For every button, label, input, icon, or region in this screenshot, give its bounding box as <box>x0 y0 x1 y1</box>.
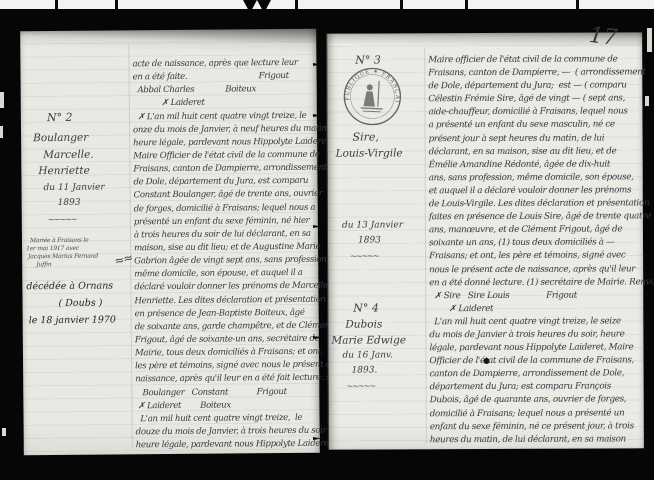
manuscript-line: ✗ Laideret <box>429 302 641 316</box>
manuscript-line: heure légale, pardevant nous Hippolyte L… <box>136 438 322 453</box>
margin-given-name: Marcelle. <box>43 149 94 161</box>
manuscript-line: naissance, après qu'il leur en a été fai… <box>135 372 321 387</box>
death-annotation: le 18 janvier 1970 <box>29 314 116 326</box>
manuscript-line: ans, manœuvre, et de Clément Frigout, âg… <box>429 224 641 238</box>
marianne-figure-icon <box>361 80 384 112</box>
ink-blot <box>484 358 490 364</box>
film-tick <box>400 0 403 9</box>
margin-act-date: 1893. <box>352 365 378 375</box>
manuscript-line: Henriette. Les dites déclaration et prés… <box>134 293 320 308</box>
act-number: N° 2 <box>47 111 73 124</box>
manuscript-line: déclaré vouloir donner les prénoms de Ma… <box>134 280 320 295</box>
film-tick <box>295 0 298 9</box>
film-strip <box>0 0 654 9</box>
page-number: 17 <box>588 23 619 51</box>
manuscript-line: Fraisans, canton de Dampierre, — ( arron… <box>428 66 640 80</box>
register-scan: N° 2 Boulanger Marcelle. Henriette du 11… <box>0 0 654 480</box>
film-speck <box>0 92 4 108</box>
manuscript-line: L'an mil huit cent quatre vingt treize, … <box>429 315 641 329</box>
right-page: 17 N° 3 RÉPUBLIQUE ✶ FRANÇAISE Sire, Lou… <box>326 32 644 449</box>
manuscript-line: déclarant, en sa maison, sise au dit lie… <box>429 145 641 159</box>
ink-flourish: ∼∼∼∼∼ <box>48 215 77 224</box>
margin-act-date: 1893 <box>358 235 381 245</box>
margin-given-name: Henriette <box>38 165 89 177</box>
left-page-manuscript: acte de naissance, après que lecture leu… <box>132 57 321 453</box>
left-page: N° 2 Boulanger Marcelle. Henriette du 11… <box>20 29 320 456</box>
manuscript-line: de Dole, département du Jura; est — ( co… <box>428 80 640 94</box>
act-number: N° 4 <box>353 301 379 314</box>
manuscript-line: acte de naissance, après que lecture leu… <box>132 57 318 72</box>
margin-surname: Boulanger <box>33 132 88 144</box>
manuscript-line: faites en présence de Louis Sire, âgé de… <box>429 210 641 224</box>
death-annotation: ( Doubs ) <box>58 298 102 309</box>
margin-given-name: Marie Edwige <box>331 334 406 346</box>
manuscript-line: enfant du sexe féminin, né ce présent jo… <box>430 420 642 434</box>
manuscript-line: nous le présent acte de naissance, après… <box>429 263 641 277</box>
film-speck <box>647 28 652 52</box>
ink-flourish: ∼∼∼∼∼ <box>347 381 376 390</box>
marriage-annotation: Juffin <box>36 261 51 268</box>
death-annotation: décédée à Ornans <box>26 280 113 292</box>
film-speck <box>0 126 3 138</box>
manuscript-line: ans, sans profession, même domicile, son… <box>429 171 641 185</box>
manuscript-line: présent jour à sept heures du matin, de … <box>429 132 641 146</box>
marriage-annotation: 1er mai 1917 avec <box>26 245 79 252</box>
manuscript-line: aide-chauffeur, domicilié à Fraisans, le… <box>428 106 640 120</box>
manuscript-line: en a été donné lecture. (1) secrétaire d… <box>429 276 641 290</box>
margin-act-date: 1893 <box>58 198 81 208</box>
ink-flourish: ∼∼∼∼∼ <box>350 251 379 260</box>
manuscript-line: Constant Boulanger, âgé de trente ans, o… <box>134 188 320 203</box>
manuscript-line: de Louis-Virgile. Les dites déclaration … <box>429 197 641 211</box>
film-tick <box>465 0 468 9</box>
manuscript-line: canton de Dampierre, arrondissement de D… <box>430 368 642 382</box>
manuscript-line: soixante un ans, (1) tous deux domicilié… <box>429 237 641 251</box>
margin-surname: Dubois <box>345 318 382 330</box>
manuscript-line: ✗ L'an mil huit cent quatre vingt treize… <box>133 109 319 124</box>
film-tick <box>576 0 579 9</box>
margin-act-date: du 13 Janvier <box>342 220 403 230</box>
film-tick <box>115 0 118 9</box>
manuscript-line: de forges, domicilié à Fraisans; lequel … <box>134 201 320 216</box>
manuscript-line: Dubois, âgé de quarante ans, ouvrier de … <box>430 394 642 408</box>
manuscript-line: a présenté un enfant du sexe masculin, n… <box>428 119 640 133</box>
marriage-annotation: Mariée à Fraisans le <box>30 237 89 245</box>
manuscript-line: du mois de Janvier à trois heures du soi… <box>429 328 641 342</box>
manuscript-line: domicilié à Fraisans; lequel nous a prés… <box>430 407 642 421</box>
margin-act-date: du 11 Janvier <box>43 183 104 194</box>
film-center-marker-icon <box>243 0 257 13</box>
marriage-annotation: Jacques Marius Fernand <box>28 253 98 261</box>
manuscript-line: ✗ Sire Sire Louis Frigout <box>429 289 641 303</box>
manuscript-line: département du Jura; est comparu Françoi… <box>430 381 642 395</box>
margin-act-date: du 16 Janv. <box>342 350 392 360</box>
republique-francaise-seal-stamp: RÉPUBLIQUE ✶ FRANÇAISE <box>340 64 405 129</box>
margin-given-name: Louis-Virgile <box>336 147 403 159</box>
manuscript-line: légale, pardevant nous Hippolyte Laidere… <box>429 341 641 355</box>
film-center-marker-icon <box>257 0 271 13</box>
film-speck <box>2 428 6 436</box>
margin-rule <box>424 47 427 443</box>
manuscript-line: Émélie Amandine Rédonté, âgée de dix-hui… <box>429 158 641 172</box>
film-speck <box>645 96 649 106</box>
manuscript-line: Célestin Frémie Sire, âgé de vingt — ( s… <box>428 93 640 107</box>
manuscript-line: et auquel il a déclaré vouloir donner le… <box>429 184 641 198</box>
manuscript-line: Maire officier de l'état civil de la com… <box>428 53 640 67</box>
right-page-manuscript: Maire officier de l'état civil de la com… <box>428 53 642 447</box>
manuscript-line: Officier de l'état civil de la commune d… <box>429 354 641 368</box>
margin-surname: Sire, <box>353 130 379 143</box>
manuscript-line: Fraisans; et ont, les père et témoins, s… <box>429 250 641 264</box>
manuscript-line: en présence de Jean-Baptiste Boiteux, âg… <box>135 306 321 321</box>
manuscript-line: heures du matin, de lui déclarant, en sa… <box>430 433 642 447</box>
film-tick <box>55 0 58 9</box>
